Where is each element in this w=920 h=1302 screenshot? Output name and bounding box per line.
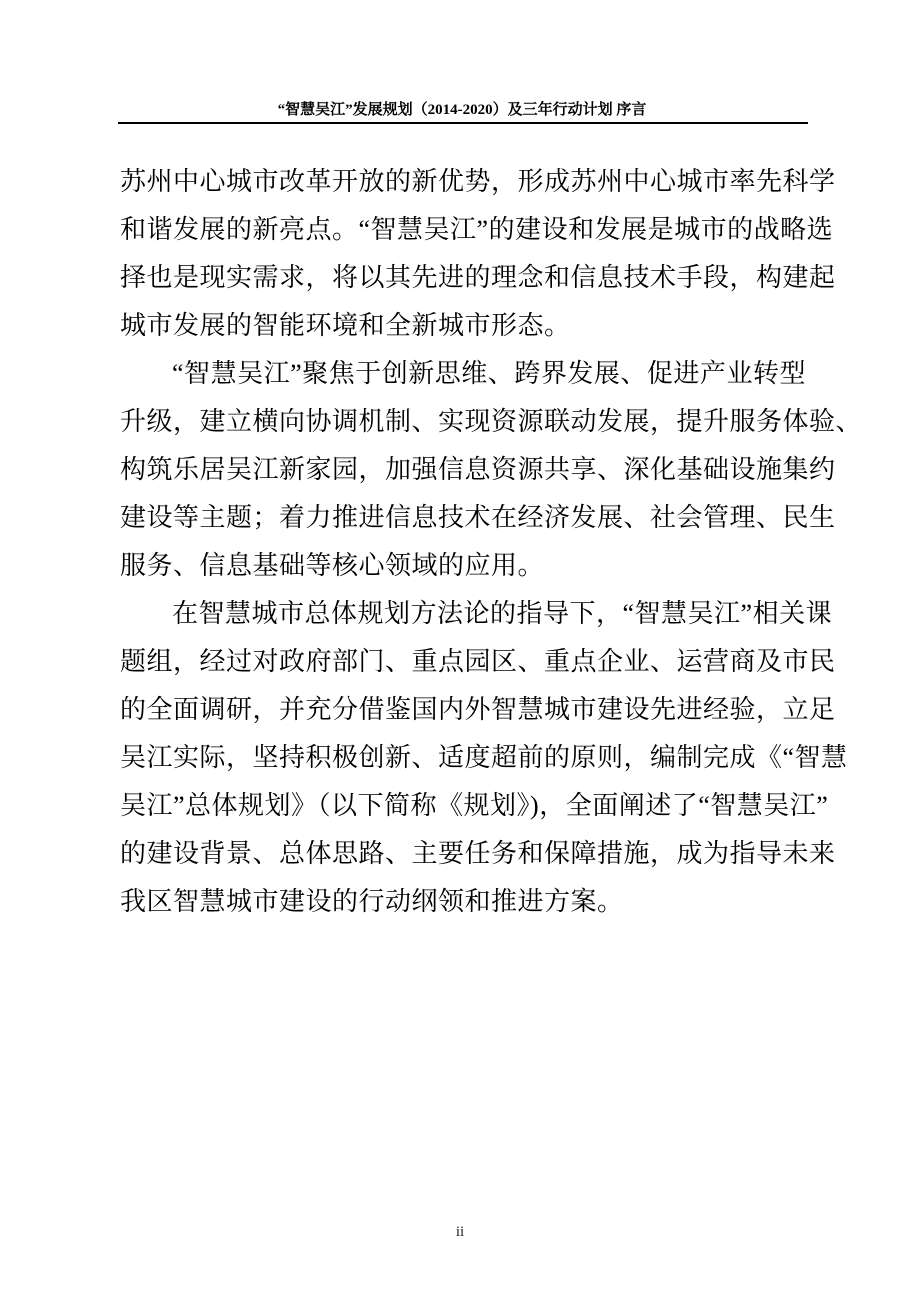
text-line: 和谐发展的新亮点。“智慧吴江”的建设和发展是城市的战略选 [120, 206, 806, 254]
text-line: 择也是现实需求，将以其先进的理念和信息技术手段，构建起 [120, 254, 806, 302]
document-page: “智慧吴江”发展规划（2014-2020）及三年行动计划 序言 苏州中心城市改革… [0, 0, 920, 1302]
text-line: 吴江实际，坚持积极创新、适度超前的原则，编制完成《“智慧 [120, 734, 806, 782]
text-line: 题组，经过对政府部门、重点园区、重点企业、运营商及市民 [120, 638, 806, 686]
text-line: 吴江”总体规划》（以下简称《规划》)，全面阐述了“智慧吴江” [120, 782, 806, 830]
text-line: 的全面调研，并充分借鉴国内外智慧城市建设先进经验，立足 [120, 686, 806, 734]
text-line: 苏州中心城市改革开放的新优势，形成苏州中心城市率先科学 [120, 158, 806, 206]
text-line: 建设等主题；着力推进信息技术在经济发展、社会管理、民生 [120, 494, 806, 542]
paragraph: 苏州中心城市改革开放的新优势，形成苏州中心城市率先科学 和谐发展的新亮点。“智慧… [120, 158, 806, 350]
text-line: 城市发展的智能环境和全新城市形态。 [120, 302, 806, 350]
page-number: ii [0, 1222, 920, 1242]
text-line: 升级，建立横向协调机制、实现资源联动发展，提升服务体验、 [120, 398, 806, 446]
text-line: “智慧吴江”聚焦于创新思维、跨界发展、促进产业转型 [120, 350, 806, 398]
paragraph: “智慧吴江”聚焦于创新思维、跨界发展、促进产业转型 升级，建立横向协调机制、实现… [120, 350, 806, 590]
document-body: 苏州中心城市改革开放的新优势，形成苏州中心城市率先科学 和谐发展的新亮点。“智慧… [120, 158, 806, 926]
page-header-title: “智慧吴江”发展规划（2014-2020）及三年行动计划 序言 [118, 100, 806, 120]
text-line: 构筑乐居吴江新家园，加强信息资源共享、深化基础设施集约 [120, 446, 806, 494]
text-line: 服务、信息基础等核心领域的应用。 [120, 542, 806, 590]
header-rule [118, 122, 808, 124]
text-line: 在智慧城市总体规划方法论的指导下，“智慧吴江”相关课 [120, 590, 806, 638]
text-line: 我区智慧城市建设的行动纲领和推进方案。 [120, 878, 806, 926]
paragraph: 在智慧城市总体规划方法论的指导下，“智慧吴江”相关课 题组，经过对政府部门、重点… [120, 590, 806, 926]
text-line: 的建设背景、总体思路、主要任务和保障措施，成为指导未来 [120, 830, 806, 878]
